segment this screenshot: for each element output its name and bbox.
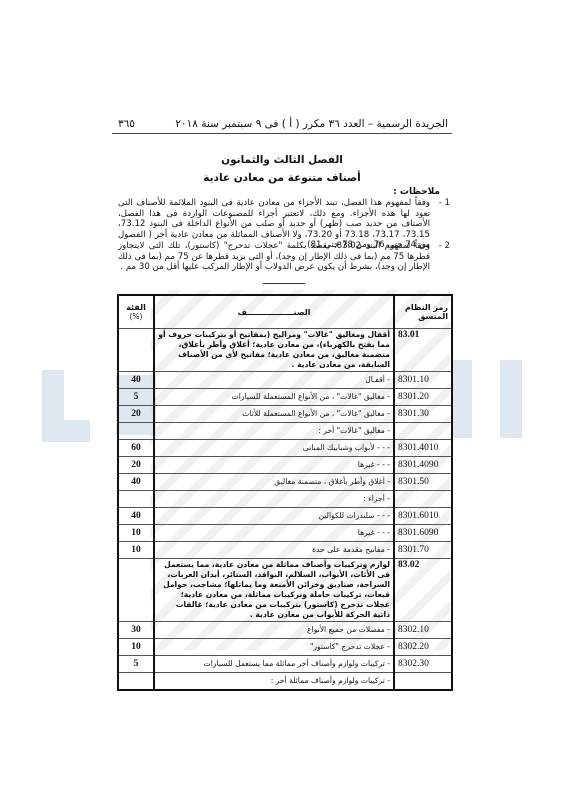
item-description: - - - غيرها [154,525,394,542]
item-description: - أغلاق وأطر بأغلاق ، متضمنة مغاليق [154,474,394,491]
table-row-heading: 83.02 لوازم وتركيبات وأصناف مماثلة من مع… [118,559,452,622]
chapter-title: الفصل الثالث والثمانون [112,154,452,166]
hs-code: 8301.6090 [394,525,452,542]
hs-code: 8301.20 [394,389,452,406]
item-description: - مغاليق "غالات" ، من الأنواع المستعملة … [154,406,394,423]
duty-rate: 40 [118,508,154,525]
note-2: 2 - وفقاً لمفهوم البند 83.02، يقصد بكلمة… [118,241,430,273]
item-description: - - - سلندرات للكوالين [154,508,394,525]
duty-rate [118,673,154,691]
hs-code: 83.01 [394,329,452,372]
watermark-letter-right [452,360,472,438]
gazette-title: الجريدة الرسمية – العدد ٣٦ مكرر ( أ ) فى… [175,118,448,130]
item-description: - مفاتيح مقدمة على حدة [154,542,394,559]
duty-rate: 10 [118,542,154,559]
hs-code: 8302.30 [394,656,452,673]
table-row: - أجزاء : [118,491,452,508]
table-row: 8301.4090 - - - غيرها 20 [118,457,452,474]
table-row: 8301.10 - أقفـال 40 [118,372,452,389]
header-rate-label: الفئة [126,303,146,312]
item-description: - - - غيرها [154,457,394,474]
hs-code: 8301.4010 [394,440,452,457]
hs-code: 8301.30 [394,406,452,423]
watermark-letter-left [42,370,64,442]
watermark-letter-left-foot [42,420,90,442]
note-text: وفقاً لمفهوم البند 83.02، يقصد بكلمة "عج… [118,241,430,272]
item-description: - مفصلات من جميع الأنواع [154,622,394,639]
table-row: 8302.30 - تركيبات ولوازم وأصناف أخر مماث… [118,656,452,673]
item-description: - أقفـال [154,372,394,389]
duty-rate: 20 [118,457,154,474]
tariff-table: رمز النظام المنسق الصنـــــــــــــــــف… [117,294,453,691]
duty-rate: 30 [118,622,154,639]
section-divider [263,283,305,284]
table-row: 8301.70 - مفاتيح مقدمة على حدة 10 [118,542,452,559]
item-description: - أجزاء : [154,491,394,508]
item-description: - مغاليق "غالات" أخر : [154,423,394,440]
hs-code: 8301.10 [394,372,452,389]
duty-rate: 10 [118,639,154,656]
hs-code: 8301.4090 [394,457,452,474]
table-row: 8301.4010 - - - لأبواب وشبابيك المبانى 6… [118,440,452,457]
chapter-subtitle: أصناف متنوعة من معادن عادية [112,172,452,184]
hs-code: 83.02 [394,559,452,622]
hs-code: 8301.50 [394,474,452,491]
duty-rate: 5 [118,389,154,406]
header-code: رمز النظام المنسق [394,295,452,329]
duty-rate: 40 [118,372,154,389]
header-rate-unit: (%) [122,312,150,321]
duty-rate: 5 [118,656,154,673]
duty-rate: 20 [118,406,154,423]
item-description: - - - لأبواب وشبابيك المبانى [154,440,394,457]
hs-code: 8301.6010 [394,508,452,525]
hs-code [394,673,452,691]
item-description: أقفال ومغاليق "غالات" ومزاليج (بمفاتيح أ… [154,329,394,372]
table-row: 8301.6090 - - - غيرها 10 [118,525,452,542]
table-row-heading: 83.01 أقفال ومغاليق "غالات" ومزاليج (بمف… [118,329,452,372]
item-description: - تركيبات ولوازم وأصناف أخر مماثلة مما ي… [154,656,394,673]
note-number: 1 - [439,198,450,209]
duty-rate [118,329,154,372]
duty-rate: 10 [118,525,154,542]
header-description: الصنـــــــــــــــــف [154,295,394,329]
notes-label: ملاحظات : [393,187,440,197]
page-number: ٣٦٥ [118,118,135,130]
duty-rate [118,423,154,440]
duty-rate: 40 [118,474,154,491]
hs-code: 8302.20 [394,639,452,656]
item-description: - تركيبات ولوازم وأصناف مماثلة أخر : [154,673,394,691]
table-row: 8301.20 - مغاليق "غالات" ، من الأنواع ال… [118,389,452,406]
table-row: 8301.6010 - - - سلندرات للكوالين 40 [118,508,452,525]
header-rate: الفئة (%) [118,295,154,329]
hs-code: 8301.70 [394,542,452,559]
watermark-letter-right2 [500,360,522,438]
hs-code: 8302.10 [394,622,452,639]
page-header: الجريدة الرسمية – العدد ٣٦ مكرر ( أ ) فى… [112,117,452,134]
table-row: 8301.30 - مغاليق "غالات" ، من الأنواع ال… [118,406,452,423]
table-row: 8301.50 - أغلاق وأطر بأغلاق ، متضمنة مغا… [118,474,452,491]
hs-code [394,491,452,508]
duty-rate: 60 [118,440,154,457]
duty-rate [118,559,154,622]
table-row: - مغاليق "غالات" أخر : [118,423,452,440]
table-row: - تركيبات ولوازم وأصناف مماثلة أخر : [118,673,452,691]
hs-code [394,423,452,440]
item-description: لوازم وتركيبات وأصناف مماثلة من معادن عا… [154,559,394,622]
note-number: 2 - [439,241,450,252]
table-row: 8302.10 - مفصلات من جميع الأنواع 30 [118,622,452,639]
duty-rate [118,491,154,508]
table-row: 8302.20 - عجلات تدحرج "كاستور" 10 [118,639,452,656]
table-header-row: رمز النظام المنسق الصنـــــــــــــــــف… [118,295,452,329]
item-description: - عجلات تدحرج "كاستور" [154,639,394,656]
item-description: - مغاليق "غالات" ، من الأنواع المستعملة … [154,389,394,406]
